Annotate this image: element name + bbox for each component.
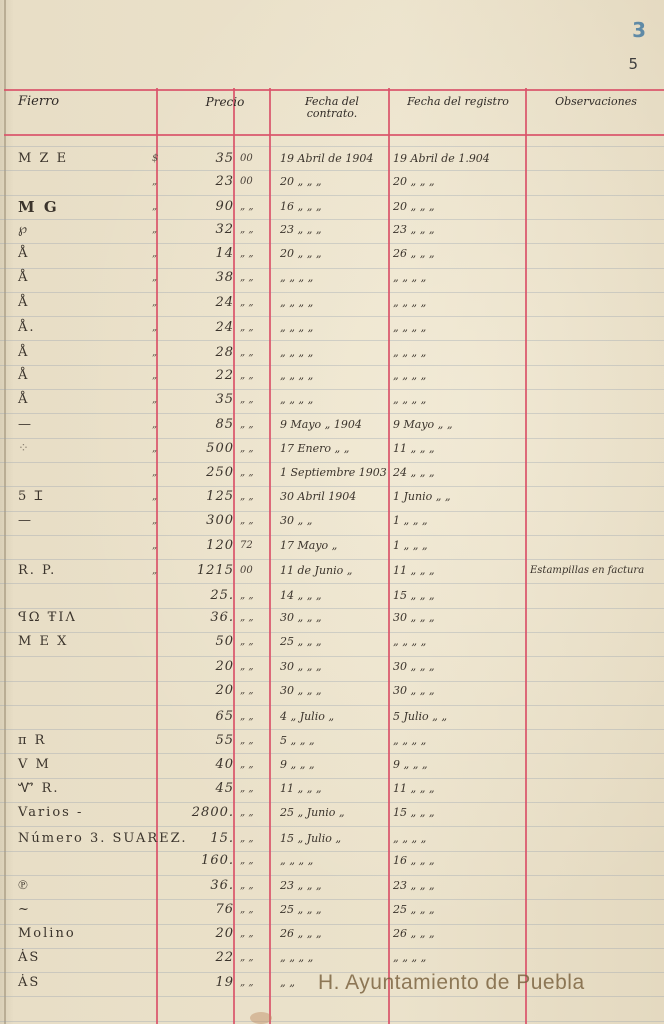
ruled-line [0, 219, 664, 220]
table-row: Ꮙ R.45„ „11 „ „ „11 „ „ „ [0, 780, 664, 800]
price-centavos-cell: „ „ [240, 512, 270, 530]
table-row: 20„ „30 „ „ „30 „ „ „ [0, 682, 664, 702]
table-row: 65„ „4 „ Julio „5 Julio „ „ [0, 708, 664, 728]
folio-pen-number: 5 [628, 55, 638, 73]
brand-mark-cell: Å [18, 344, 148, 362]
price-pesos-cell: 14 [166, 245, 234, 263]
price-pesos-cell: 25. [166, 587, 234, 605]
price-pesos-cell: 85 [166, 416, 234, 434]
ruled-line [0, 729, 664, 730]
price-pesos-cell: 55 [166, 732, 234, 750]
price-pesos-cell: 160. [166, 852, 234, 870]
table-row: Å„35„ „„ „ „ „„ „ „ „ [0, 391, 664, 411]
ruled-line [0, 292, 664, 293]
ruled-line [0, 316, 664, 317]
contract-date-cell: „ „ „ „ [280, 949, 388, 967]
price-pesos-cell: 20 [166, 682, 234, 700]
contract-date-cell: 25 „ Junio „ [280, 804, 388, 822]
ditto-mark-cell: „ [152, 173, 164, 191]
header-observaciones: Observaciones [536, 96, 656, 108]
table-row: ȦS22„ „„ „ „ „„ „ „ „ [0, 949, 664, 969]
registry-date-cell: 30 „ „ „ [393, 682, 523, 700]
brand-mark-cell: ~ [18, 901, 148, 919]
registry-date-cell: 23 „ „ „ [393, 877, 523, 895]
price-centavos-cell: „ „ [240, 221, 270, 239]
ruled-line [0, 365, 664, 366]
brand-mark-cell: Å [18, 294, 148, 312]
table-row: Å.„24„ „„ „ „ „„ „ „ „ [0, 319, 664, 339]
brand-mark-cell: ꟼΩ ŦΙΛ [18, 609, 148, 627]
table-row: ⁘„500„ „17 Enero „ „11 „ „ „ [0, 440, 664, 460]
table-row: Å„14„ „20 „ „ „26 „ „ „ [0, 245, 664, 265]
price-pesos-cell: 90 [166, 198, 234, 216]
registry-date-cell: „ „ „ „ [393, 391, 523, 409]
contract-date-cell: 30 „ „ „ [280, 682, 388, 700]
ditto-mark-cell: „ [152, 198, 164, 216]
price-centavos-cell: „ „ [240, 319, 270, 337]
registry-date-cell: 24 „ „ „ [393, 464, 523, 482]
brand-mark-cell: — [18, 416, 148, 434]
registry-date-cell: 15 „ „ „ [393, 804, 523, 822]
registry-date-cell: „ „ „ „ [393, 949, 523, 967]
price-pesos-cell: 22 [166, 367, 234, 385]
price-centavos-cell: „ „ [240, 198, 270, 216]
brand-mark-cell: M Z E [18, 150, 148, 168]
ditto-mark-cell: $ [152, 150, 164, 168]
price-centavos-cell: „ „ [240, 682, 270, 700]
ruled-line [0, 826, 664, 827]
brand-mark-cell: Å [18, 367, 148, 385]
price-pesos-cell: 24 [166, 319, 234, 337]
price-centavos-cell: 00 [240, 562, 270, 580]
table-row: —„85„ „9 Mayo „ 19049 Mayo „ „ [0, 416, 664, 436]
brand-mark-cell: ȦS [18, 949, 148, 967]
contract-date-cell: 16 „ „ „ [280, 198, 388, 216]
price-centavos-cell: „ „ [240, 416, 270, 434]
header-precio: Precio [190, 96, 260, 108]
price-pesos-cell: 20 [166, 658, 234, 676]
registry-date-cell: 26 „ „ „ [393, 245, 523, 263]
registry-date-cell: 9 Mayo „ „ [393, 416, 523, 434]
registry-date-cell: „ „ „ „ [393, 633, 523, 651]
price-centavos-cell: „ „ [240, 756, 270, 774]
ruled-line [0, 705, 664, 706]
table-row: π R55„ „5 „ „ „„ „ „ „ [0, 732, 664, 752]
registry-date-cell: 9 „ „ „ [393, 756, 523, 774]
header-fecha-contrato: Fecha del contrato. [282, 96, 382, 120]
brand-mark-cell: Å [18, 391, 148, 409]
registry-date-cell: „ „ „ „ [393, 732, 523, 750]
ruled-line [0, 899, 664, 900]
price-pesos-cell: 35 [166, 391, 234, 409]
registry-date-cell: 25 „ „ „ [393, 901, 523, 919]
contract-date-cell: 19 Abril de 1904 [280, 150, 388, 168]
price-pesos-cell: 28 [166, 344, 234, 362]
header-fierro: Fierro [18, 96, 138, 108]
price-centavos-cell: „ „ [240, 804, 270, 822]
price-pesos-cell: 500 [166, 440, 234, 458]
table-row: Å„38„ „„ „ „ „„ „ „ „ [0, 269, 664, 289]
ruled-line [0, 438, 664, 439]
ditto-mark-cell: „ [152, 562, 164, 580]
price-pesos-cell: 300 [166, 512, 234, 530]
ditto-mark-cell: „ [152, 245, 164, 263]
brand-mark-cell: Número 3. SUAREZ. [18, 830, 148, 848]
table-row: M E X50„ „25 „ „ „„ „ „ „ [0, 633, 664, 653]
registry-date-cell: 19 Abril de 1.904 [393, 150, 523, 168]
header-top-rule [4, 89, 664, 91]
contract-date-cell: 15 „ Julio „ [280, 830, 388, 848]
table-row: Número 3. SUAREZ.15.„ „15 „ Julio „„ „ „… [0, 830, 664, 850]
contract-date-cell: „ „ „ „ [280, 391, 388, 409]
price-centavos-cell: „ „ [240, 974, 270, 992]
contract-date-cell: 30 „ „ „ [280, 658, 388, 676]
price-centavos-cell: „ „ [240, 245, 270, 263]
table-row: M Z E$350019 Abril de 190419 Abril de 1.… [0, 150, 664, 170]
contract-date-cell: 26 „ „ „ [280, 925, 388, 943]
table-row: ℘„32„ „23 „ „ „23 „ „ „ [0, 221, 664, 241]
price-pesos-cell: 50 [166, 633, 234, 651]
table-row: ꟼΩ ŦΙΛ36.„ „30 „ „ „30 „ „ „ [0, 609, 664, 629]
ditto-mark-cell: „ [152, 367, 164, 385]
price-centavos-cell: „ „ [240, 852, 270, 870]
ruled-line [0, 170, 664, 171]
folio-stamp-number: 3 [632, 18, 646, 42]
ruled-line [0, 389, 664, 390]
brand-mark-cell: 5 Ꮖ [18, 488, 148, 506]
registry-date-cell: 26 „ „ „ [393, 925, 523, 943]
registry-date-cell: 30 „ „ „ [393, 658, 523, 676]
ditto-mark-cell: „ [152, 537, 164, 555]
table-row: 25.„ „14 „ „ „15 „ „ „ [0, 587, 664, 607]
price-pesos-cell: 120 [166, 537, 234, 555]
price-pesos-cell: 65 [166, 708, 234, 726]
ruled-line [0, 413, 664, 414]
price-centavos-cell: „ „ [240, 780, 270, 798]
table-row: Varios -2800.„ „25 „ Junio „15 „ „ „ [0, 804, 664, 824]
price-pesos-cell: 35 [166, 150, 234, 168]
price-pesos-cell: 76 [166, 901, 234, 919]
brand-mark-cell: — [18, 512, 148, 530]
ruled-line [0, 1021, 664, 1022]
ditto-mark-cell: „ [152, 391, 164, 409]
table-row: V M40„ „9 „ „ „9 „ „ „ [0, 756, 664, 776]
registry-date-cell: 1 „ „ „ [393, 512, 523, 530]
contract-date-cell: 11 „ „ „ [280, 780, 388, 798]
ruled-line [0, 996, 664, 997]
table-row: Å„24„ „„ „ „ „„ „ „ „ [0, 294, 664, 314]
contract-date-cell: 14 „ „ „ [280, 587, 388, 605]
brand-mark-cell: ℗ [18, 877, 148, 895]
price-pesos-cell: 38 [166, 269, 234, 287]
price-centavos-cell: 00 [240, 173, 270, 191]
price-centavos-cell: „ „ [240, 901, 270, 919]
price-pesos-cell: 22 [166, 949, 234, 967]
table-row: R. P.„12150011 de Junio „11 „ „ „Estampi… [0, 562, 664, 582]
table-row: ~76„ „25 „ „ „25 „ „ „ [0, 901, 664, 921]
contract-date-cell: 20 „ „ „ [280, 245, 388, 263]
registry-date-cell: 5 Julio „ „ [393, 708, 523, 726]
ruled-line [0, 559, 664, 560]
price-pesos-cell: 250 [166, 464, 234, 482]
contract-date-cell: „ „ „ „ [280, 269, 388, 287]
table-row: M G„90„ „16 „ „ „20 „ „ „ [0, 198, 664, 218]
contract-date-cell: 30 „ „ [280, 512, 388, 530]
ruled-line [0, 340, 664, 341]
registry-date-cell: „ „ „ „ [393, 344, 523, 362]
ditto-mark-cell: „ [152, 488, 164, 506]
price-pesos-cell: 45 [166, 780, 234, 798]
table-row: Å„22„ „„ „ „ „„ „ „ „ [0, 367, 664, 387]
brand-mark-cell: Ꮙ R. [18, 780, 148, 798]
price-centavos-cell: „ „ [240, 464, 270, 482]
brand-mark-cell: V M [18, 756, 148, 774]
contract-date-cell: 25 „ „ „ [280, 633, 388, 651]
brand-mark-cell: ℘ [18, 221, 148, 239]
contract-date-cell: 25 „ „ „ [280, 901, 388, 919]
price-centavos-cell: „ „ [240, 269, 270, 287]
ruled-line [0, 243, 664, 244]
ditto-mark-cell: „ [152, 221, 164, 239]
price-centavos-cell: „ „ [240, 609, 270, 627]
price-pesos-cell: 2800. [166, 804, 234, 822]
contract-date-cell: 23 „ „ „ [280, 877, 388, 895]
ditto-mark-cell: „ [152, 416, 164, 434]
price-centavos-cell: „ „ [240, 294, 270, 312]
price-pesos-cell: 125 [166, 488, 234, 506]
price-pesos-cell: 24 [166, 294, 234, 312]
table-row: —„300„ „30 „ „1 „ „ „ [0, 512, 664, 532]
brand-mark-cell: Å. [18, 319, 148, 337]
ditto-mark-cell: „ [152, 512, 164, 530]
price-centavos-cell: „ „ [240, 830, 270, 848]
contract-date-cell: „ „ „ „ [280, 367, 388, 385]
registry-date-cell: 1 „ „ „ [393, 537, 523, 555]
header-bottom-rule [4, 134, 664, 136]
ruled-line [0, 462, 664, 463]
paper-stain [250, 1012, 272, 1024]
ruled-line [0, 875, 664, 876]
brand-mark-cell: Varios - [18, 804, 148, 822]
brand-mark-cell: Molino [18, 925, 148, 943]
registry-date-cell: „ „ „ „ [393, 830, 523, 848]
archive-watermark: H. Ayuntamiento de Puebla [318, 971, 585, 995]
registry-date-cell: „ „ „ „ [393, 319, 523, 337]
table-row: Å„28„ „„ „ „ „„ „ „ „ [0, 344, 664, 364]
registry-date-cell: 1 Junio „ „ [393, 488, 523, 506]
price-pesos-cell: 19 [166, 974, 234, 992]
table-row: „230020 „ „ „20 „ „ „ [0, 173, 664, 193]
registry-date-cell: „ „ „ „ [393, 367, 523, 385]
contract-date-cell: „ „ „ „ [280, 852, 388, 870]
contract-date-cell: 9 Mayo „ 1904 [280, 416, 388, 434]
brand-mark-cell: Å [18, 245, 148, 263]
ditto-mark-cell: „ [152, 440, 164, 458]
brand-mark-cell: π R [18, 732, 148, 750]
contract-date-cell: 17 Mayo „ [280, 537, 388, 555]
contract-date-cell: 30 Abril 1904 [280, 488, 388, 506]
contract-date-cell: 4 „ Julio „ [280, 708, 388, 726]
price-centavos-cell: „ „ [240, 344, 270, 362]
registry-date-cell: 11 „ „ „ [393, 562, 523, 580]
table-row: 5 Ꮖ„125„ „30 Abril 19041 Junio „ „ [0, 488, 664, 508]
price-centavos-cell: „ „ [240, 633, 270, 651]
price-centavos-cell: „ „ [240, 367, 270, 385]
ditto-mark-cell: „ [152, 319, 164, 337]
ruled-line [0, 583, 664, 584]
ruled-line [0, 146, 664, 147]
ditto-mark-cell: „ [152, 464, 164, 482]
ruled-line [0, 802, 664, 803]
registry-date-cell: 30 „ „ „ [393, 609, 523, 627]
price-centavos-cell: „ „ [240, 658, 270, 676]
ruled-line [0, 195, 664, 196]
price-centavos-cell: „ „ [240, 587, 270, 605]
contract-date-cell: 11 de Junio „ [280, 562, 388, 580]
brand-mark-cell: ȦS [18, 974, 148, 992]
contract-date-cell: 9 „ „ „ [280, 756, 388, 774]
price-pesos-cell: 1215 [166, 562, 234, 580]
price-pesos-cell: 32 [166, 221, 234, 239]
ruled-line [0, 656, 664, 657]
price-centavos-cell: „ „ [240, 708, 270, 726]
contract-date-cell: „ „ „ „ [280, 294, 388, 312]
price-centavos-cell: „ „ [240, 877, 270, 895]
registry-date-cell: 11 „ „ „ [393, 440, 523, 458]
ditto-mark-cell: „ [152, 344, 164, 362]
table-row: „250„ „1 Septiembre 190324 „ „ „ [0, 464, 664, 484]
table-row: Molino20„ „26 „ „ „26 „ „ „ [0, 925, 664, 945]
ruled-line [0, 486, 664, 487]
header-fecha-registro: Fecha del registro [398, 96, 518, 108]
contract-date-cell: 17 Enero „ „ [280, 440, 388, 458]
price-centavos-cell: „ „ [240, 440, 270, 458]
registry-date-cell: 20 „ „ „ [393, 173, 523, 191]
contract-date-cell: 5 „ „ „ [280, 732, 388, 750]
price-centavos-cell: „ „ [240, 488, 270, 506]
contract-date-cell: „ „ „ „ [280, 319, 388, 337]
price-centavos-cell: „ „ [240, 949, 270, 967]
ditto-mark-cell: „ [152, 269, 164, 287]
contract-date-cell: 20 „ „ „ [280, 173, 388, 191]
price-centavos-cell: „ „ [240, 391, 270, 409]
brand-mark-cell: Å [18, 269, 148, 287]
price-pesos-cell: 23 [166, 173, 234, 191]
registry-date-cell: 16 „ „ „ [393, 852, 523, 870]
price-centavos-cell: „ „ [240, 925, 270, 943]
price-pesos-cell: 20 [166, 925, 234, 943]
brand-mark-cell: M E X [18, 633, 148, 651]
price-centavos-cell: 72 [240, 537, 270, 555]
brand-mark-cell: M G [18, 198, 148, 216]
table-row: 20„ „30 „ „ „30 „ „ „ [0, 658, 664, 678]
ruled-line [0, 753, 664, 754]
registry-date-cell: 20 „ „ „ [393, 198, 523, 216]
table-row: ℗36.„ „23 „ „ „23 „ „ „ [0, 877, 664, 897]
ditto-mark-cell: „ [152, 294, 164, 312]
price-centavos-cell: „ „ [240, 732, 270, 750]
registry-date-cell: 11 „ „ „ [393, 780, 523, 798]
contract-date-cell: 23 „ „ „ [280, 221, 388, 239]
price-centavos-cell: 00 [240, 150, 270, 168]
contract-date-cell: 1 Septiembre 1903 [280, 464, 388, 482]
table-row: „1207217 Mayo „1 „ „ „ [0, 537, 664, 557]
price-pesos-cell: 36. [166, 609, 234, 627]
registry-date-cell: „ „ „ „ [393, 294, 523, 312]
contract-date-cell: 30 „ „ „ [280, 609, 388, 627]
price-pesos-cell: 40 [166, 756, 234, 774]
ruled-line [0, 778, 664, 779]
registry-date-cell: 15 „ „ „ [393, 587, 523, 605]
brand-mark-cell: R. P. [18, 562, 148, 580]
contract-date-cell: „ „ „ „ [280, 344, 388, 362]
brand-mark-cell: ⁘ [18, 440, 148, 458]
ruled-line [0, 535, 664, 536]
ledger-page: 3 5 Fierro Precio Fecha del contrato. Fe… [0, 0, 664, 1024]
registry-date-cell: „ „ „ „ [393, 269, 523, 287]
observations-cell: Estampillas en factura [530, 562, 664, 580]
price-pesos-cell: 36. [166, 877, 234, 895]
table-row: 160.„ „„ „ „ „16 „ „ „ [0, 852, 664, 872]
registry-date-cell: 23 „ „ „ [393, 221, 523, 239]
price-pesos-cell: 15. [166, 830, 234, 848]
